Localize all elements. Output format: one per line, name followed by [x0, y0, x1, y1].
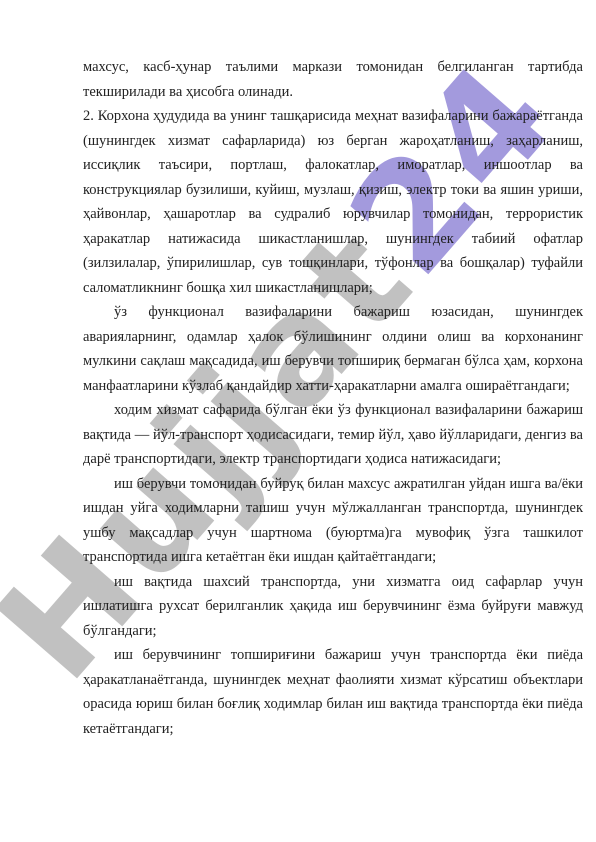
- paragraph: иш вақтида шахсий транспортда, уни хизма…: [83, 570, 583, 644]
- paragraph: иш берувчи томонидан буйруқ билан махсус…: [83, 472, 583, 570]
- document-page: Hujjat24 махсус, касб-ҳунар таълими марк…: [0, 0, 596, 842]
- document-body: махсус, касб-ҳунар таълими маркази томон…: [83, 55, 583, 741]
- paragraph: ўз функционал вазифаларини бажариш юзаси…: [83, 300, 583, 398]
- paragraph: 2. Корхона ҳудудида ва унинг ташқарисида…: [83, 104, 583, 300]
- paragraph: иш берувчининг топшириғини бажариш учун …: [83, 643, 583, 741]
- paragraph: махсус, касб-ҳунар таълими маркази томон…: [83, 55, 583, 104]
- paragraph: ходим хизмат сафарида бўлган ёки ўз функ…: [83, 398, 583, 472]
